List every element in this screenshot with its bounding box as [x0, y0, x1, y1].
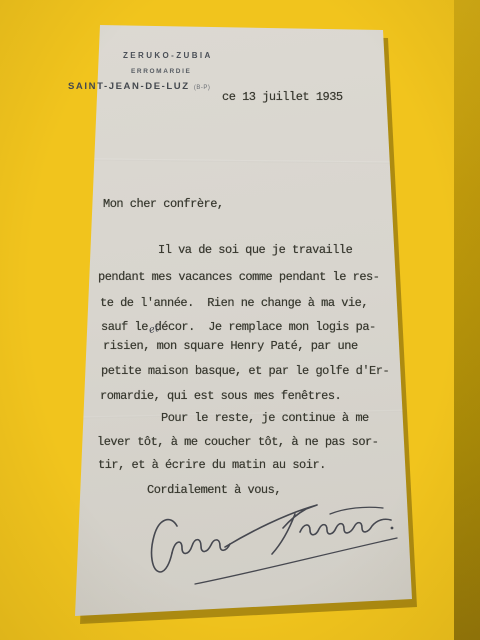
body-line: sauf le décor. Je remplace mon logis pa- — [101, 320, 376, 334]
body-line: lever tôt, à me coucher tôt, à ne pas so… — [97, 435, 378, 449]
letterhead-town-text: SAINT-JEAN-DE-LUZ — [68, 81, 190, 92]
body-line: te de l'année. Rien ne change à ma vie, — [100, 296, 368, 310]
body-line: Pour le reste, je continue à me — [161, 411, 369, 425]
signature — [125, 492, 410, 592]
letterhead-place: ERROMARDIE — [131, 68, 191, 75]
photo-of-letter: ZERUKO-ZUBIA ERROMARDIE SAINT-JEAN-DE-LU… — [0, 0, 480, 640]
date-line: ce 13 juillet 1935 — [222, 90, 343, 104]
letterhead-name: ZERUKO-ZUBIA — [123, 51, 213, 60]
body-line: pendant mes vacances comme pendant le re… — [98, 270, 379, 284]
body-line: tir, et à écrire du matin au soir. — [98, 458, 326, 472]
salutation: Mon cher confrère, — [103, 197, 224, 211]
body-line: Il va de soi que je travaille — [158, 243, 352, 257]
body-line: risien, mon square Henry Paté, par une — [103, 339, 358, 353]
body-line: romardie, qui est sous mes fenêtres. — [100, 389, 341, 403]
letterhead-town: SAINT-JEAN-DE-LUZ (B-P) — [68, 81, 210, 92]
table-edge-band — [454, 0, 480, 640]
fold-crease — [70, 158, 420, 164]
letterhead-department: (B-P) — [194, 85, 211, 91]
body-line: petite maison basque, et par le golfe d'… — [101, 364, 389, 378]
